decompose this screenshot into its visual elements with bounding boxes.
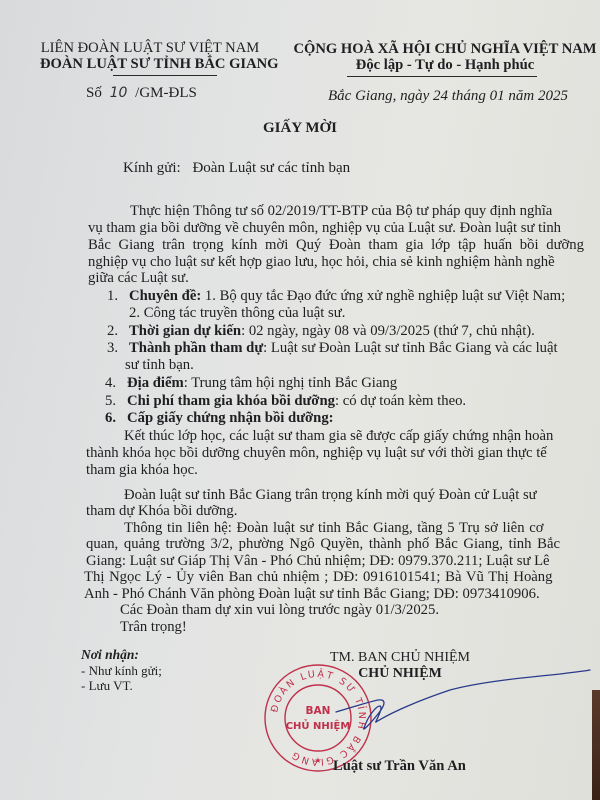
item-label: Địa điểm bbox=[127, 375, 184, 391]
list-item: 2.Thời gian dự kiến: 02 ngày, ngày 08 và… bbox=[107, 323, 535, 340]
recipients-label: Nơi nhận: bbox=[81, 647, 139, 663]
contact-line: quan, quảng trường 3/2, phường Ngô Quyền… bbox=[86, 536, 560, 553]
intro-line: giữa các Luật sư. bbox=[88, 270, 189, 287]
org-name: ĐOÀN LUẬT SƯ TỈNH BẮC GIANG bbox=[40, 56, 262, 73]
certificate-line: tham gia khóa học. bbox=[86, 462, 198, 479]
item-continuation: sư tỉnh bạn. bbox=[125, 357, 194, 374]
stamp-center-line2: CHỦ NHIỆM bbox=[286, 718, 351, 732]
document-title: GIẤY MỜI bbox=[0, 120, 600, 137]
invite-line: tham dự Khóa bồi dưỡng. bbox=[86, 503, 237, 520]
desk-edge bbox=[592, 690, 600, 800]
doc-number-suffix: /GM-ĐLS bbox=[135, 85, 197, 101]
item-number: 3. bbox=[107, 340, 129, 357]
item-label: Thời gian dự kiến bbox=[129, 323, 241, 339]
list-item: 5.Chi phí tham gia khóa bồi dưỡng: có dự… bbox=[105, 393, 466, 410]
contact-line: Thông tin liên hệ: Đoàn luật sư tỉnh Bắc… bbox=[124, 520, 544, 537]
recipient-value: Đoàn Luật sư các tỉnh bạn bbox=[192, 160, 350, 176]
stamp-center-line1: BAN bbox=[306, 705, 331, 717]
closing: Trân trọng! bbox=[120, 619, 187, 636]
contact-line: Giang: Luật sư Giáp Thị Vân - Phó Chủ nh… bbox=[86, 553, 550, 570]
org-parent: LIÊN ĐOÀN LUẬT SƯ VIỆT NAM bbox=[40, 40, 260, 57]
place-date: Bắc Giang, ngày 24 tháng 01 năm 2025 bbox=[328, 88, 568, 105]
recipient-line: Kính gửi: Đoàn Luật sư các tỉnh bạn bbox=[123, 160, 350, 177]
item-text: 1. Bộ quy tắc Đạo đức ứng xử nghề nghiệp… bbox=[201, 288, 565, 304]
recipient-label: Kính gửi: bbox=[123, 160, 181, 176]
doc-number-prefix: Số bbox=[86, 85, 102, 101]
doc-number: Số 10 /GM-ĐLS bbox=[86, 85, 197, 102]
invite-line: Đoàn luật sư tỉnh Bắc Giang trân trọng k… bbox=[124, 487, 537, 504]
stamp-inner-ring bbox=[285, 685, 351, 751]
item-label: Chuyên đề: bbox=[129, 288, 201, 304]
motto: Độc lập - Tự do - Hạnh phúc bbox=[290, 57, 600, 74]
item-number: 4. bbox=[105, 375, 127, 392]
contact-line: Anh - Phó Chánh Văn phòng Đoàn luật sư t… bbox=[84, 586, 540, 603]
recipient-item: - Như kính gửi; bbox=[81, 663, 162, 679]
item-text: : Luật sư Đoàn Luật sư tỉnh Bắc Giang và… bbox=[263, 340, 558, 356]
item-text: : 02 ngày, ngày 08 và 09/3/2025 (thứ 7, … bbox=[241, 323, 535, 339]
signer-name: Luật sư Trần Văn An bbox=[333, 758, 466, 775]
list-item: 3.Thành phần tham dự: Luật sư Đoàn Luật … bbox=[107, 340, 558, 357]
item-number: 5. bbox=[105, 393, 127, 410]
intro-line: Thực hiện Thông tư số 02/2019/TT-BTP của… bbox=[130, 203, 552, 220]
item-label: Chi phí tham gia khóa bồi dưỡng bbox=[127, 393, 335, 409]
item-label: Cấp giấy chứng nhận bồi dưỡng: bbox=[127, 410, 334, 426]
item-continuation: 2. Công tác truyền thông của luật sư. bbox=[129, 305, 345, 322]
item-number: 6. bbox=[105, 410, 127, 427]
item-number: 2. bbox=[107, 323, 129, 340]
doc-number-value: 10 bbox=[106, 85, 132, 101]
rsvp-line: Các Đoàn tham dự xin vui lòng trước ngày… bbox=[120, 602, 439, 619]
recipient-item: - Lưu VT. bbox=[81, 678, 133, 694]
item-label: Thành phần tham dự bbox=[129, 340, 263, 356]
list-item: 1.Chuyên đề: 1. Bộ quy tắc Đạo đức ứng x… bbox=[107, 288, 565, 305]
intro-line: vụ tham gia bồi dưỡng về chuyên môn, ngh… bbox=[88, 220, 561, 237]
country-name: CỘNG HOÀ XÃ HỘI CHỦ NGHĨA VIỆT NAM bbox=[290, 41, 600, 58]
certificate-line: thành khóa học bồi dưỡng chuyên môn, ngh… bbox=[86, 445, 547, 462]
stamp-ring-text: ĐOÀN LUẬT SƯ TỈNH BẮC GIANG bbox=[269, 668, 367, 767]
intro-line: Bắc Giang trân trọng kính mời Quý Đoàn t… bbox=[88, 237, 584, 254]
list-item: 4.Địa điểm: Trung tâm hội nghị tỉnh Bắc … bbox=[105, 375, 397, 392]
item-number: 1. bbox=[107, 288, 129, 305]
org-underline bbox=[113, 75, 217, 76]
contact-line: Thị Ngọc Lý - Ủy viên Ban chủ nhiệm ; DĐ… bbox=[84, 569, 553, 586]
intro-line: nghiệp vụ cho luật sư kết hợp giao lưu, … bbox=[88, 254, 555, 271]
item-text: : Trung tâm hội nghị tỉnh Bắc Giang bbox=[184, 375, 397, 391]
certificate-line: Kết thúc lớp học, các luật sư tham gia s… bbox=[124, 428, 553, 445]
item-text: : có dự toán kèm theo. bbox=[335, 393, 466, 409]
list-item: 6.Cấp giấy chứng nhận bồi dưỡng: bbox=[105, 410, 334, 427]
stamp-star-icon: ★ bbox=[314, 756, 321, 765]
motto-underline bbox=[347, 76, 537, 77]
